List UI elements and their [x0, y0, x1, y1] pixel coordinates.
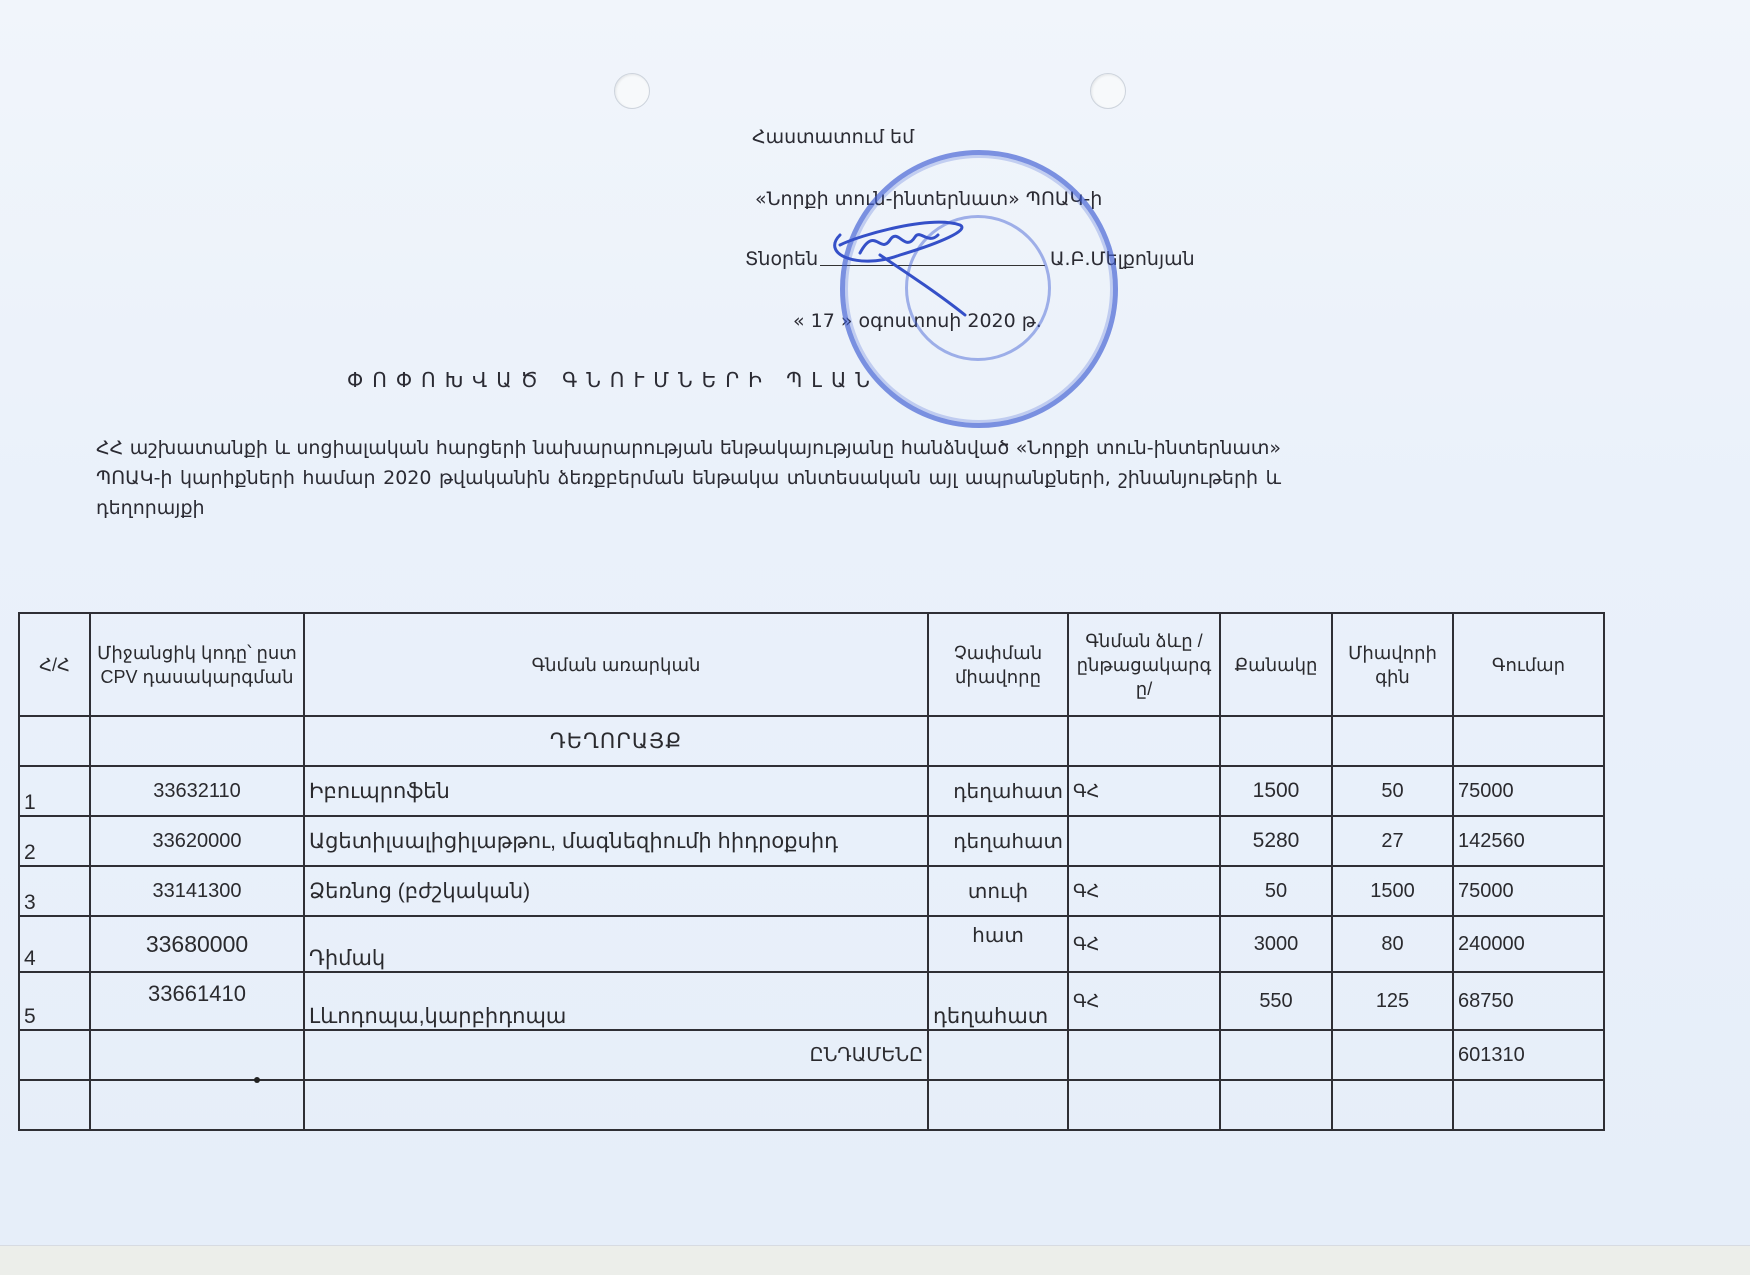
empty-cell [1453, 1080, 1604, 1130]
empty-cell [928, 1080, 1068, 1130]
header-cpv-code: Միջանցիկ կոդը՝ ըստ CPV դասակարգման [90, 613, 304, 716]
item-name: Ձեռնոց (բժշկական) [304, 866, 928, 916]
empty-cell [304, 1080, 928, 1130]
empty-cell [90, 1030, 304, 1080]
empty-cell [19, 1030, 90, 1080]
item-name: Լևոդոպա,կարբիդոպա [304, 972, 928, 1030]
empty-cell [1220, 1030, 1332, 1080]
row-number: 4 [19, 916, 90, 972]
empty-row [19, 1080, 1604, 1130]
cpv-code: 33661410 [90, 972, 304, 1030]
unit: հատ [928, 916, 1068, 972]
unit-price: 27 [1332, 816, 1453, 866]
director-label: Տնօրեն [745, 248, 818, 270]
unit: տուփ [928, 866, 1068, 916]
empty-cell [1220, 716, 1332, 766]
table-row: 2 33620000 Ացետիլսալիցիլաթթու, մագնեզիու… [19, 816, 1604, 866]
scanned-page: Հաստատում եմ «Նորքի տուն-ինտերնատ» ՊՈԱԿ-… [0, 0, 1750, 1245]
empty-cell [19, 1080, 90, 1130]
empty-cell [1332, 1080, 1453, 1130]
sum: 142560 [1453, 816, 1604, 866]
empty-cell [19, 716, 90, 766]
unit: դեղահատ [928, 816, 1068, 866]
quantity: 50 [1220, 866, 1332, 916]
intro-paragraph: ՀՀ աշխատանքի և սոցիալական հարցերի նախարա… [96, 433, 1281, 523]
header-sum: Գումար [1453, 613, 1604, 716]
signature-icon [820, 215, 990, 325]
table-row: 5 33661410 Լևոդոպա,կարբիդոպա դեղահատ ԳՀ … [19, 972, 1604, 1030]
section-row: ԴԵՂՈՐԱՅՔ [19, 716, 1604, 766]
header-procurement-method: Գնման ձևը /ընթացակարգ ը/ [1068, 613, 1220, 716]
item-name: Դիմակ [304, 916, 928, 972]
table-row: 3 33141300 Ձեռնոց (բժշկական) տուփ ԳՀ 50 … [19, 866, 1604, 916]
unit-price: 1500 [1332, 866, 1453, 916]
row-number: 2 [19, 816, 90, 866]
quantity: 550 [1220, 972, 1332, 1030]
item-name: Իբուպրոֆեն [304, 766, 928, 816]
empty-cell [1332, 1030, 1453, 1080]
cpv-code: 33620000 [90, 816, 304, 866]
total-label: ԸՆԴԱՄԵՆԸ [304, 1030, 928, 1080]
total-value: 601310 [1453, 1030, 1604, 1080]
cpv-code: 33141300 [90, 866, 304, 916]
header-item: Գնման առարկան [304, 613, 928, 716]
cpv-code: 33680000 [90, 916, 304, 972]
sum: 75000 [1453, 766, 1604, 816]
sum: 240000 [1453, 916, 1604, 972]
item-name: Ացետիլսալիցիլաթթու, մագնեզիումի հիդրօքսի… [304, 816, 928, 866]
procurement-method: ԳՀ [1068, 866, 1220, 916]
empty-cell [1068, 1030, 1220, 1080]
procurement-plan-table: Հ/Հ Միջանցիկ կոդը՝ ըստ CPV դասակարգման Գ… [18, 612, 1605, 1131]
empty-cell [928, 1030, 1068, 1080]
quantity: 1500 [1220, 766, 1332, 816]
unit-price: 125 [1332, 972, 1453, 1030]
cpv-code: 33632110 [90, 766, 304, 816]
scan-background-strip [0, 1245, 1750, 1275]
punch-hole-right [1090, 73, 1126, 109]
unit: դեղահատ [928, 766, 1068, 816]
procurement-method: ԳՀ [1068, 766, 1220, 816]
empty-cell [90, 716, 304, 766]
header-number: Հ/Հ [19, 613, 90, 716]
unit: դեղահատ [928, 972, 1068, 1030]
procurement-method: ԳՀ [1068, 916, 1220, 972]
table-row: 1 33632110 Իբուպրոֆեն դեղահատ ԳՀ 1500 50… [19, 766, 1604, 816]
empty-cell [1220, 1080, 1332, 1130]
table-header-row: Հ/Հ Միջանցիկ կոդը՝ ըստ CPV դասակարգման Գ… [19, 613, 1604, 716]
empty-cell [1332, 716, 1453, 766]
header-unit: Չափման միավորը [928, 613, 1068, 716]
procurement-method [1068, 816, 1220, 866]
table-row: 4 33680000 Դիմակ հատ ԳՀ 3000 80 240000 [19, 916, 1604, 972]
total-row: ԸՆԴԱՄԵՆԸ 601310 [19, 1030, 1604, 1080]
procurement-method: ԳՀ [1068, 972, 1220, 1030]
row-number: 1 [19, 766, 90, 816]
scan-speck [254, 1077, 260, 1083]
section-title: ԴԵՂՈՐԱՅՔ [304, 716, 928, 766]
row-number: 3 [19, 866, 90, 916]
empty-cell [1068, 1080, 1220, 1130]
sum: 75000 [1453, 866, 1604, 916]
row-number: 5 [19, 972, 90, 1030]
header-unit-price: Միավորի գին [1332, 613, 1453, 716]
empty-cell [90, 1080, 304, 1130]
approval-heading: Հաստատում եմ [752, 126, 914, 148]
unit-price: 80 [1332, 916, 1453, 972]
document-title: ՓՈՓՈԽՎԱԾ ԳՆՈՒՄՆԵՐԻ ՊԼԱՆ [347, 368, 879, 392]
unit-price: 50 [1332, 766, 1453, 816]
empty-cell [1453, 716, 1604, 766]
header-quantity: Քանակը [1220, 613, 1332, 716]
empty-cell [1068, 716, 1220, 766]
quantity: 5280 [1220, 816, 1332, 866]
sum: 68750 [1453, 972, 1604, 1030]
quantity: 3000 [1220, 916, 1332, 972]
empty-cell [928, 716, 1068, 766]
punch-hole-left [614, 73, 650, 109]
